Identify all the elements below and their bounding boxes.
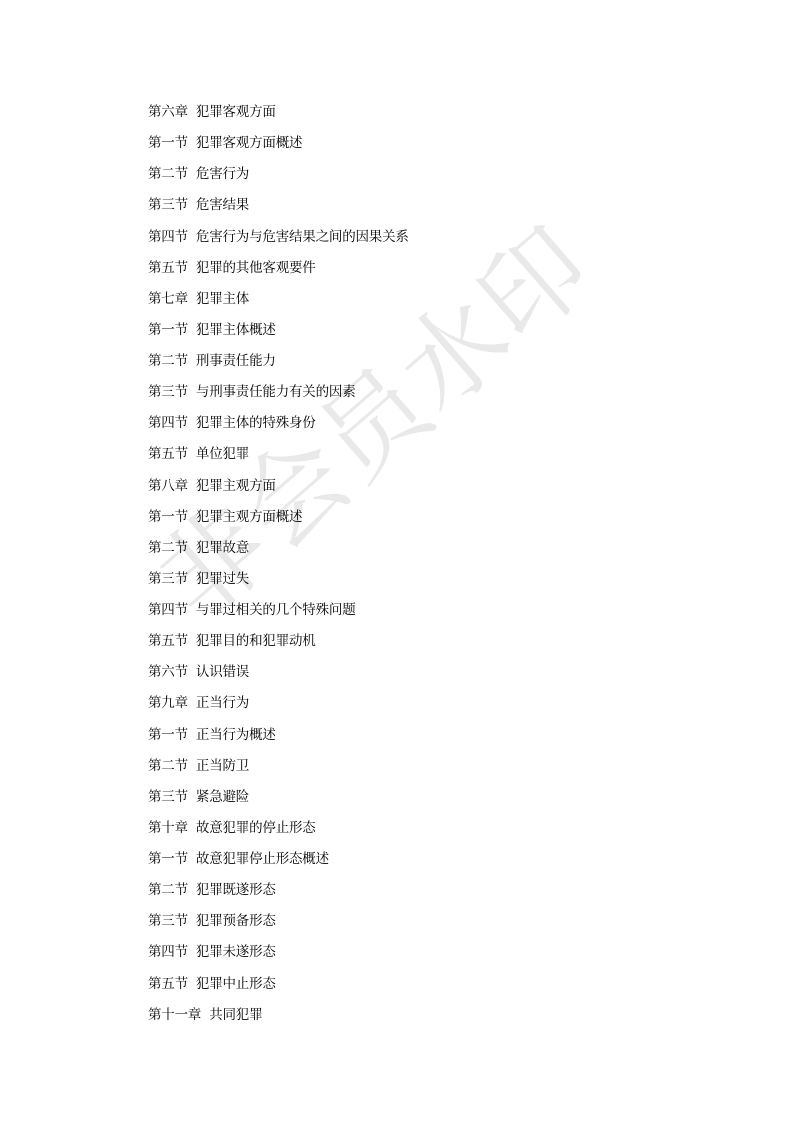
toc-number: 第五节 (148, 442, 188, 466)
toc-section: 第一节犯罪主观方面概述 (148, 505, 409, 536)
toc-title: 正当防卫 (196, 754, 249, 778)
toc-number: 第三节 (148, 785, 188, 809)
toc-number: 第一节 (148, 505, 188, 529)
toc-number: 第三节 (148, 380, 188, 404)
toc-number: 第八章 (148, 474, 188, 498)
toc-title: 犯罪客观方面 (196, 100, 276, 124)
toc-number: 第三节 (148, 567, 188, 591)
toc-section: 第三节与刑事责任能力有关的因素 (148, 380, 409, 411)
toc-section: 第四节犯罪主体的特殊身份 (148, 411, 409, 442)
toc-title: 犯罪客观方面概述 (196, 131, 302, 155)
toc-number: 第四节 (148, 411, 188, 435)
toc-number: 第五节 (148, 629, 188, 653)
toc-title: 危害行为与危害结果之间的因果关系 (196, 225, 409, 249)
toc-section: 第三节犯罪过失 (148, 567, 409, 598)
table-of-contents: 第六章犯罪客观方面 第一节犯罪客观方面概述 第二节危害行为 第三节危害结果 第四… (148, 100, 409, 1034)
toc-title: 与刑事责任能力有关的因素 (196, 380, 356, 404)
toc-number: 第二节 (148, 162, 188, 186)
toc-title: 正当行为概述 (196, 723, 276, 747)
toc-section: 第三节犯罪预备形态 (148, 909, 409, 940)
toc-section: 第四节危害行为与危害结果之间的因果关系 (148, 225, 409, 256)
toc-title: 犯罪主体的特殊身份 (196, 411, 316, 435)
toc-section: 第二节犯罪故意 (148, 536, 409, 567)
toc-title: 刑事责任能力 (196, 349, 276, 373)
toc-section: 第一节犯罪主体概述 (148, 318, 409, 349)
toc-title: 故意犯罪停止形态概述 (196, 847, 329, 871)
toc-number: 第二节 (148, 349, 188, 373)
toc-title: 共同犯罪 (209, 1003, 262, 1027)
toc-number: 第二节 (148, 754, 188, 778)
toc-title: 犯罪既遂形态 (196, 878, 276, 902)
toc-title: 犯罪预备形态 (196, 909, 276, 933)
toc-chapter: 第七章犯罪主体 (148, 287, 409, 318)
toc-section: 第二节刑事责任能力 (148, 349, 409, 380)
toc-title: 认识错误 (196, 660, 249, 684)
toc-chapter: 第八章犯罪主观方面 (148, 474, 409, 505)
toc-number: 第五节 (148, 256, 188, 280)
toc-number: 第二节 (148, 878, 188, 902)
toc-number: 第三节 (148, 909, 188, 933)
toc-section: 第一节正当行为概述 (148, 723, 409, 754)
toc-title: 犯罪未遂形态 (196, 940, 276, 964)
toc-number: 第十一章 (148, 1003, 201, 1027)
toc-section: 第二节正当防卫 (148, 754, 409, 785)
toc-number: 第七章 (148, 287, 188, 311)
toc-number: 第四节 (148, 940, 188, 964)
toc-chapter: 第九章正当行为 (148, 691, 409, 722)
toc-title: 犯罪故意 (196, 536, 249, 560)
toc-title: 紧急避险 (196, 785, 249, 809)
toc-section: 第三节紧急避险 (148, 785, 409, 816)
toc-number: 第九章 (148, 691, 188, 715)
toc-title: 犯罪主观方面 (196, 474, 276, 498)
toc-number: 第六节 (148, 660, 188, 684)
toc-number: 第一节 (148, 131, 188, 155)
toc-number: 第二节 (148, 536, 188, 560)
toc-number: 第一节 (148, 847, 188, 871)
toc-chapter: 第十一章共同犯罪 (148, 1003, 409, 1034)
toc-number: 第六章 (148, 100, 188, 124)
toc-section: 第六节认识错误 (148, 660, 409, 691)
toc-section: 第五节单位犯罪 (148, 442, 409, 473)
toc-title: 犯罪目的和犯罪动机 (196, 629, 316, 653)
toc-title: 犯罪中止形态 (196, 972, 276, 996)
toc-title: 犯罪主体 (196, 287, 249, 311)
toc-number: 第十章 (148, 816, 188, 840)
toc-title: 犯罪的其他客观要件 (196, 256, 316, 280)
toc-title: 犯罪主体概述 (196, 318, 276, 342)
toc-section: 第五节犯罪中止形态 (148, 972, 409, 1003)
toc-section: 第四节与罪过相关的几个特殊问题 (148, 598, 409, 629)
toc-title: 正当行为 (196, 691, 249, 715)
toc-number: 第四节 (148, 598, 188, 622)
toc-section: 第四节犯罪未遂形态 (148, 940, 409, 971)
toc-number: 第三节 (148, 193, 188, 217)
toc-title: 故意犯罪的停止形态 (196, 816, 316, 840)
toc-number: 第五节 (148, 972, 188, 996)
toc-number: 第一节 (148, 723, 188, 747)
toc-section: 第五节犯罪的其他客观要件 (148, 256, 409, 287)
toc-title: 单位犯罪 (196, 442, 249, 466)
toc-number: 第一节 (148, 318, 188, 342)
toc-section: 第一节故意犯罪停止形态概述 (148, 847, 409, 878)
toc-title: 犯罪过失 (196, 567, 249, 591)
toc-chapter: 第六章犯罪客观方面 (148, 100, 409, 131)
toc-title: 犯罪主观方面概述 (196, 505, 302, 529)
document-page: 非会员水印 第六章犯罪客观方面 第一节犯罪客观方面概述 第二节危害行为 第三节危… (0, 0, 793, 1122)
toc-title: 与罪过相关的几个特殊问题 (196, 598, 356, 622)
toc-title: 危害结果 (196, 193, 249, 217)
toc-section: 第三节危害结果 (148, 193, 409, 224)
toc-section: 第二节危害行为 (148, 162, 409, 193)
toc-section: 第一节犯罪客观方面概述 (148, 131, 409, 162)
toc-number: 第四节 (148, 225, 188, 249)
toc-section: 第五节犯罪目的和犯罪动机 (148, 629, 409, 660)
toc-chapter: 第十章故意犯罪的停止形态 (148, 816, 409, 847)
toc-title: 危害行为 (196, 162, 249, 186)
toc-section: 第二节犯罪既遂形态 (148, 878, 409, 909)
